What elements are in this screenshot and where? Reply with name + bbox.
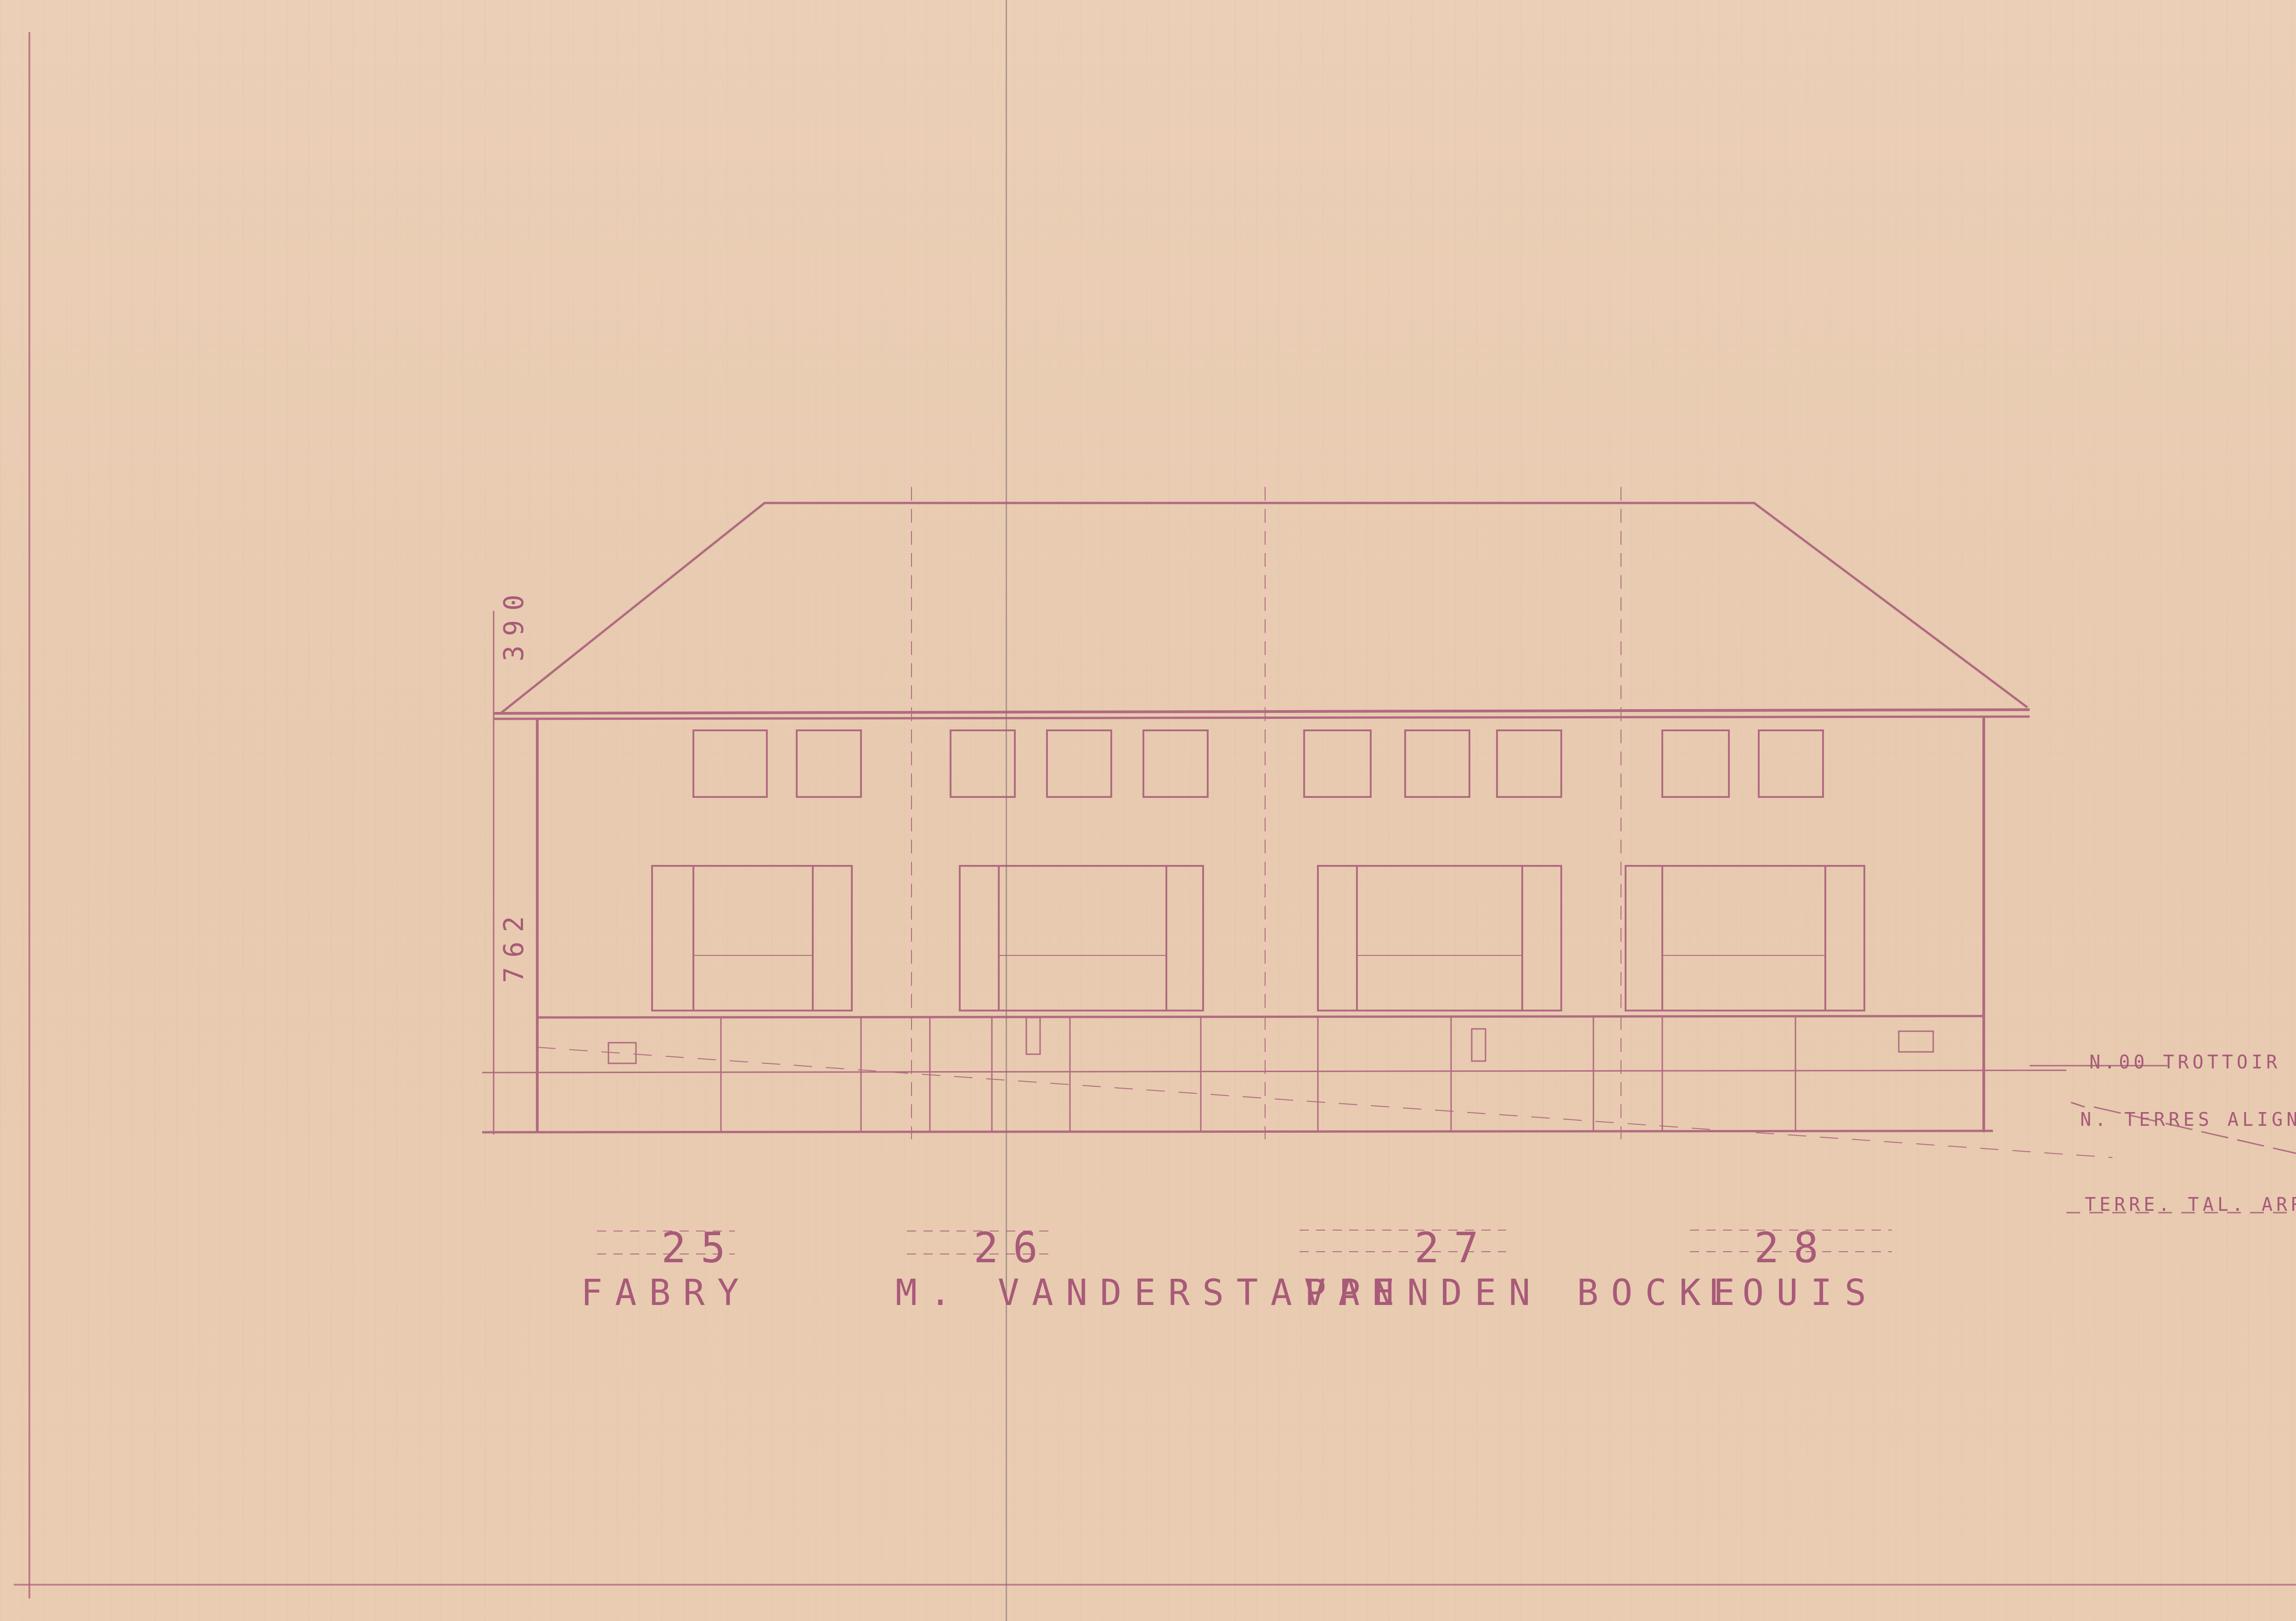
level-label-alignment: N. TERRES ALIGNEMENT — [2080, 1109, 2296, 1130]
level-label-rear-garden: TERRE. TAL. ARR. — [2085, 1194, 2296, 1215]
drawing-sheet: 390 762 N.00 TROTTOIR N. TERRES ALIGNEME… — [0, 0, 2296, 1621]
level-label-sidewalk: N.00 TROTTOIR — [2089, 1052, 2281, 1073]
lot-owner-27: VAN DEN BOCKE — [1304, 1272, 1747, 1314]
lot-number-26: 26 — [974, 1224, 1052, 1272]
elevation-drawing: 390 762 N.00 TROTTOIR N. TERRES ALIGNEME… — [0, 0, 2296, 1621]
lot-owner-25: FABRY — [581, 1272, 751, 1314]
lot-owner-28: LOUIS — [1708, 1272, 1879, 1314]
roof-outline — [501, 503, 2027, 713]
lot-number-25: 25 — [661, 1224, 740, 1272]
facade-elevation — [0, 0, 2296, 1621]
wall-height-dimension: 762 — [498, 907, 529, 983]
lot-number-27: 27 — [1414, 1224, 1493, 1272]
lot-number-28: 28 — [1754, 1224, 1833, 1272]
roof-height-dimension: 390 — [498, 585, 529, 661]
